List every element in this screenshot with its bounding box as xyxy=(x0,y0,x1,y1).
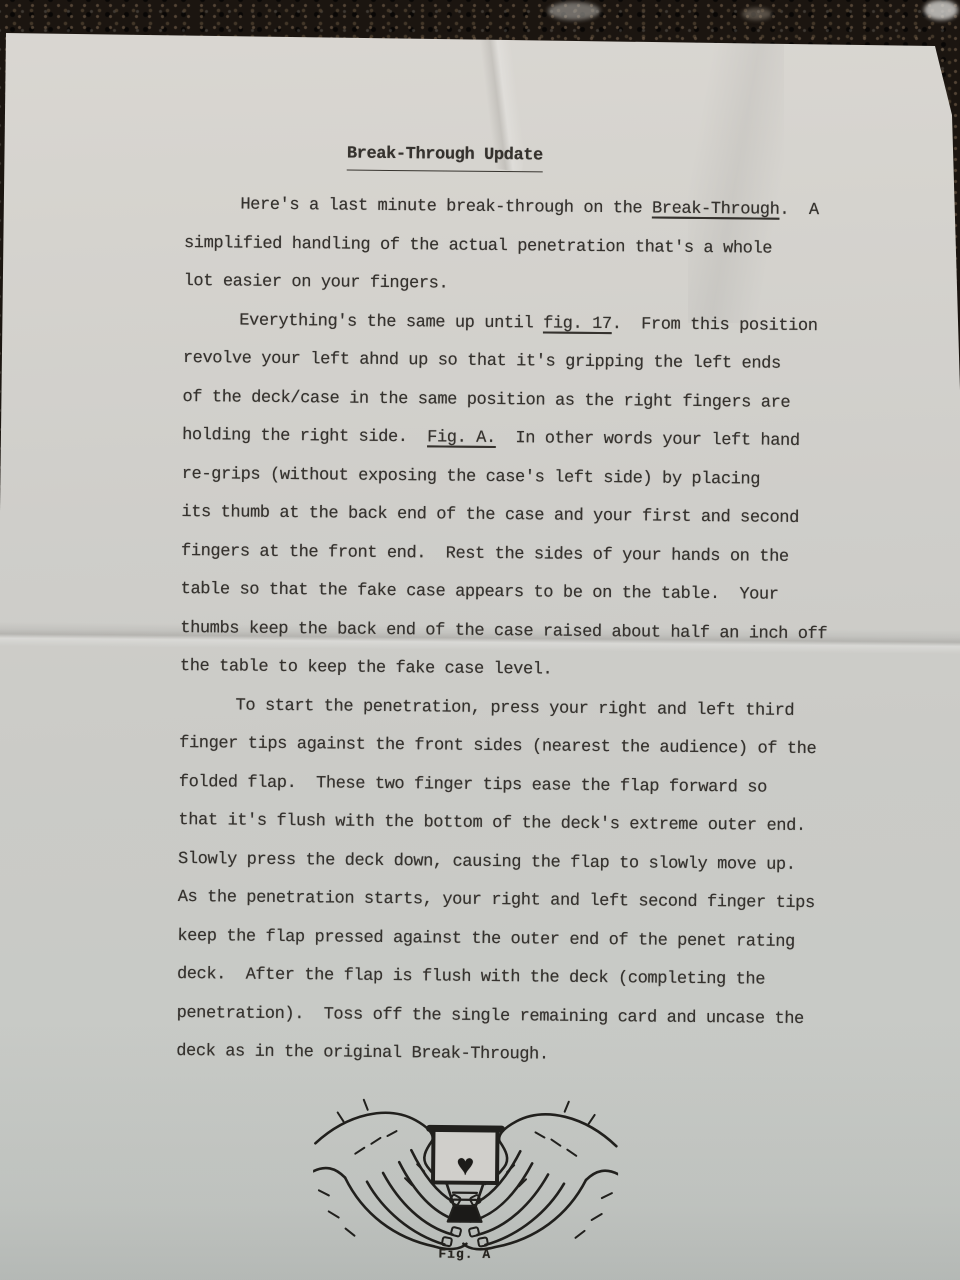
typewritten-line: re-grips (without exposing the case's le… xyxy=(182,455,832,500)
typewritten-line: that it's flush with the bottom of the d… xyxy=(178,802,828,847)
typewritten-line: lot easier on your fingers. xyxy=(183,263,833,308)
typewritten-line: the table to keep the fake case level. xyxy=(180,648,830,693)
typewritten-line: deck. After the flap is flush with the d… xyxy=(177,956,827,1001)
typewritten-line: finger tips against the front sides (nea… xyxy=(179,725,829,770)
typewritten-line: thumbs keep the back end of the case rai… xyxy=(180,609,830,654)
hands-holding-case-drawing: ♥ xyxy=(312,1091,619,1252)
granite-highlight xyxy=(924,0,958,20)
typewritten-line: Slowly press the deck down, causing the … xyxy=(178,840,828,885)
typewritten-line: deck as in the original Break-Through. xyxy=(176,1033,826,1078)
typewritten-content: Break-Through Update Here's a last minut… xyxy=(176,140,835,1078)
granite-highlight xyxy=(548,2,600,20)
typewritten-line: revolve your left ahnd up so that it's g… xyxy=(183,340,833,385)
document-body: Here's a last minute break-through on th… xyxy=(176,186,834,1078)
typewritten-line: penetration). Toss off the single remain… xyxy=(176,994,826,1039)
typewritten-line: fingers at the front end. Rest the sides… xyxy=(181,532,831,577)
typewritten-line: table so that the fake case appears to b… xyxy=(180,571,830,616)
paper-sheet: Break-Through Update Here's a last minut… xyxy=(0,0,960,1280)
typewritten-line: Here's a last minute break-through on th… xyxy=(184,186,834,231)
typewritten-line: To start the penetration, press your rig… xyxy=(179,686,829,731)
page-title: Break-Through Update xyxy=(347,142,543,173)
typewritten-line: its thumb at the back end of the case an… xyxy=(181,494,831,539)
typewritten-line: As the penetration starts, your right an… xyxy=(178,879,828,924)
figure-caption: Fig. A xyxy=(312,1245,617,1263)
figure-a-illustration: ♥ Fig. A xyxy=(312,1091,619,1263)
typewritten-line: keep the flap pressed against the outer … xyxy=(177,917,827,962)
typewritten-line: holding the right side. Fig. A. In other… xyxy=(182,417,832,462)
typewritten-line: folded flap. These two finger tips ease … xyxy=(179,763,829,808)
typewritten-line: of the deck/case in the same position as… xyxy=(182,378,832,423)
heart-pip: ♥ xyxy=(456,1151,474,1185)
typewritten-line: simplified handling of the actual penetr… xyxy=(184,224,834,269)
granite-highlight xyxy=(742,8,772,20)
typewritten-line: Everything's the same up until fig. 17. … xyxy=(183,301,833,346)
photo-scene: Break-Through Update Here's a last minut… xyxy=(0,0,960,1280)
